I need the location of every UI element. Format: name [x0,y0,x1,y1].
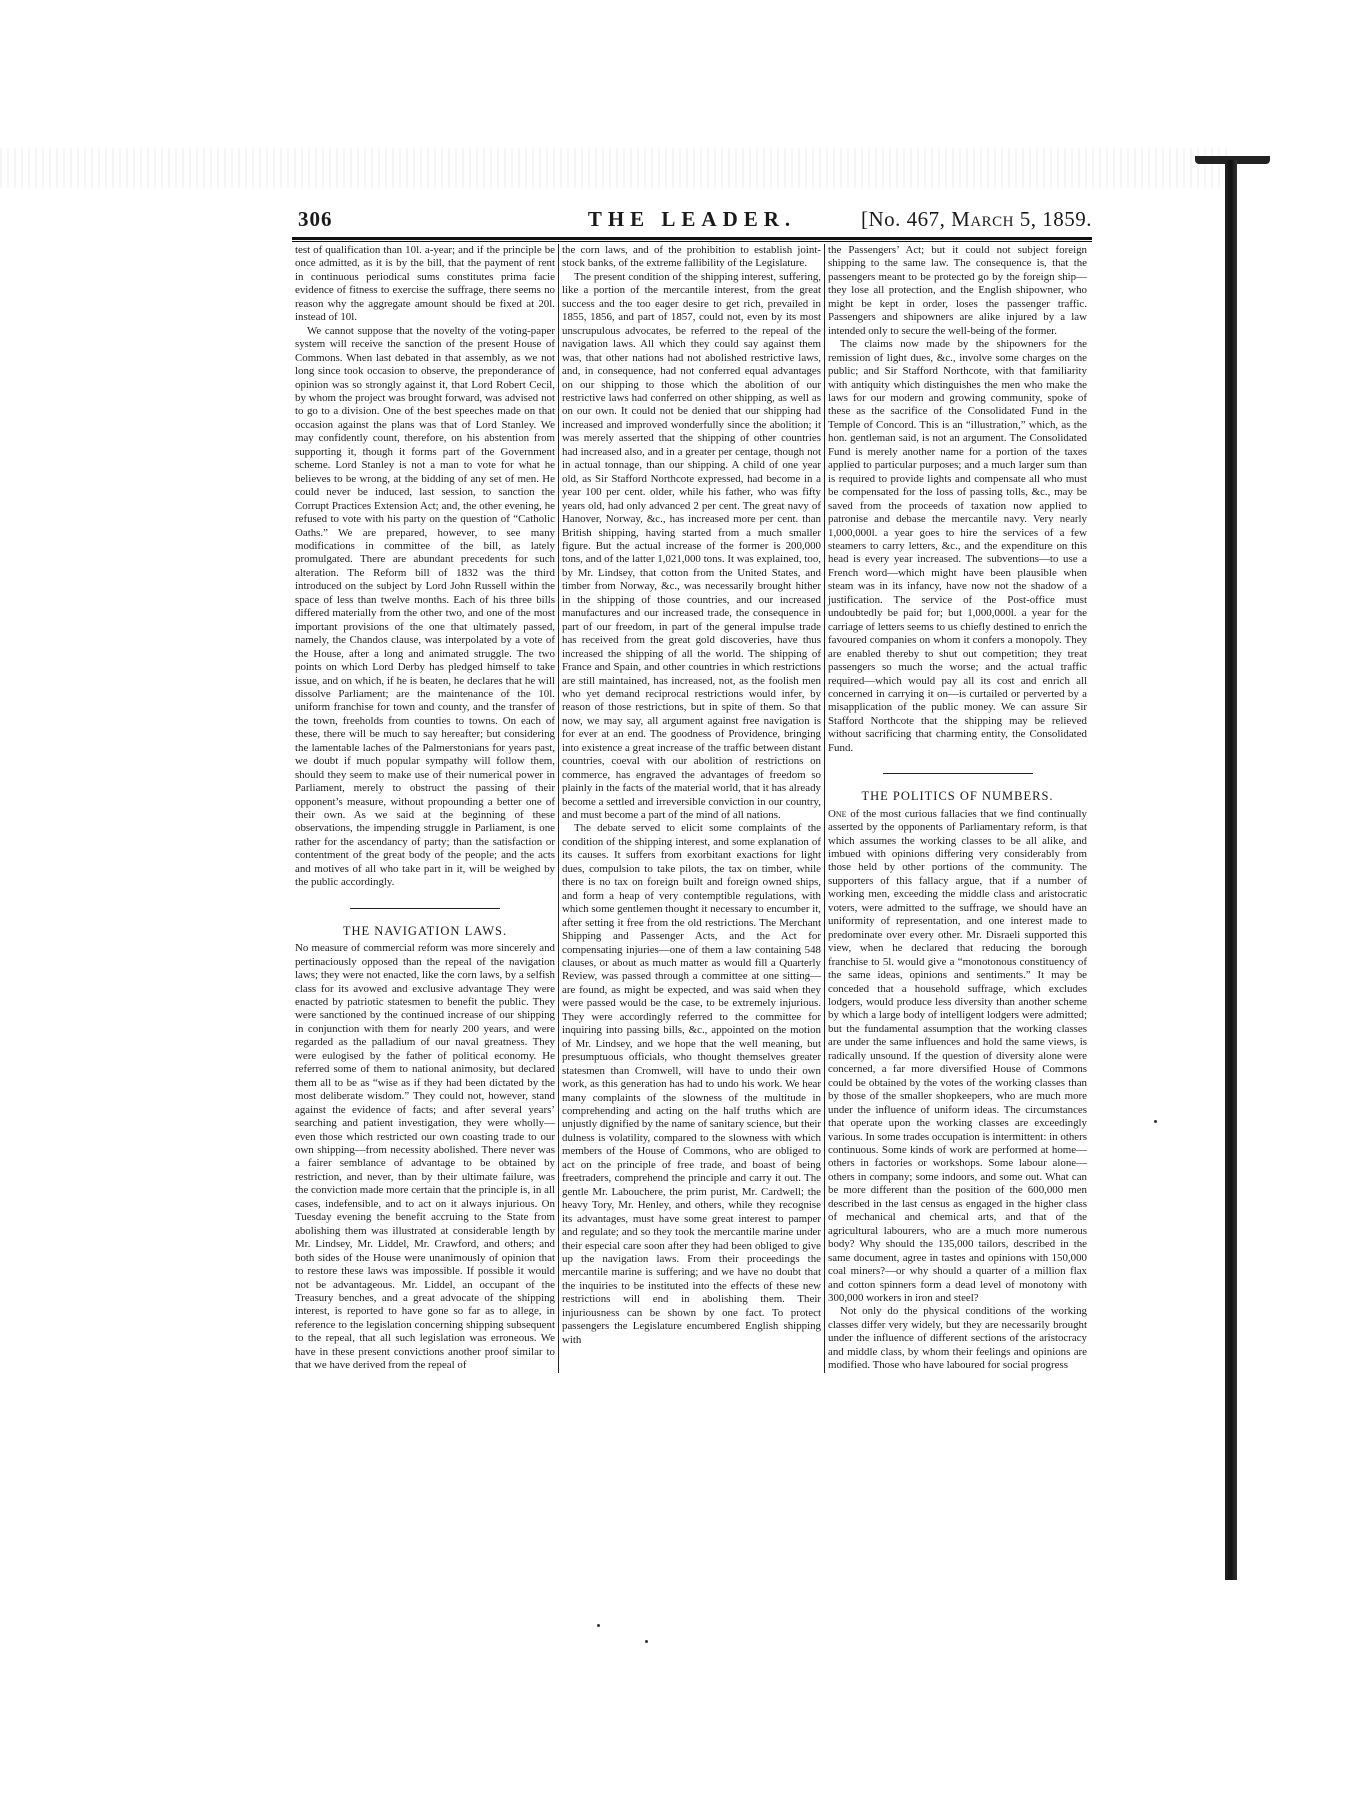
masthead: 306 THE LEADER. [No. 467, March 5, 1859. [292,205,1092,235]
column-middle: the corn laws, and of the prohibition to… [558,244,824,1373]
scan-speck [1154,1120,1157,1123]
paragraph: The debate served to elicit some complai… [562,822,821,1347]
scan-binding-edge [1225,160,1237,1580]
issue-month: March [951,207,1014,231]
scan-speck [597,1624,600,1627]
article-columns: test of qualification than 10l. a-year; … [292,244,1092,1373]
issue-prefix: [No. 467, [861,207,951,231]
newspaper-page: 306 THE LEADER. [No. 467, March 5, 1859.… [292,205,1092,1373]
paragraph: The present condition of the shipping in… [562,271,821,823]
paragraph: No measure of commercial reform was more… [295,942,555,1373]
section-divider [883,773,1033,774]
scan-speck [645,1640,648,1643]
section-divider [350,908,500,909]
paragraph: Not only do the physical conditions of t… [828,1305,1087,1372]
column-right: the Passengers’ Act; but it could not su… [824,244,1090,1373]
paragraph: test of qualification than 10l. a-year; … [295,244,555,325]
lead-word: One [828,808,847,820]
section-heading-politics-of-numbers: THE POLITICS OF NUMBERS. [828,790,1087,803]
issue-date-suffix: 5, 1859. [1014,207,1092,231]
paragraph-body: of the most curious fallacies that we fi… [828,808,1087,1304]
paragraph: We cannot suppose that the novelty of th… [295,325,555,890]
masthead-rule [292,237,1092,242]
column-left: test of qualification than 10l. a-year; … [292,244,558,1373]
paragraph: the Passengers’ Act; but it could not su… [828,244,1087,338]
scan-artifact-band [0,148,1230,188]
section-heading-navigation-laws: THE NAVIGATION LAWS. [295,925,555,938]
paragraph: the corn laws, and of the prohibition to… [562,244,821,271]
paragraph: The claims now made by the shipowners fo… [828,338,1087,755]
paragraph: One of the most curious fallacies that w… [828,808,1087,1306]
issue-info: [No. 467, March 5, 1859. [861,207,1092,232]
